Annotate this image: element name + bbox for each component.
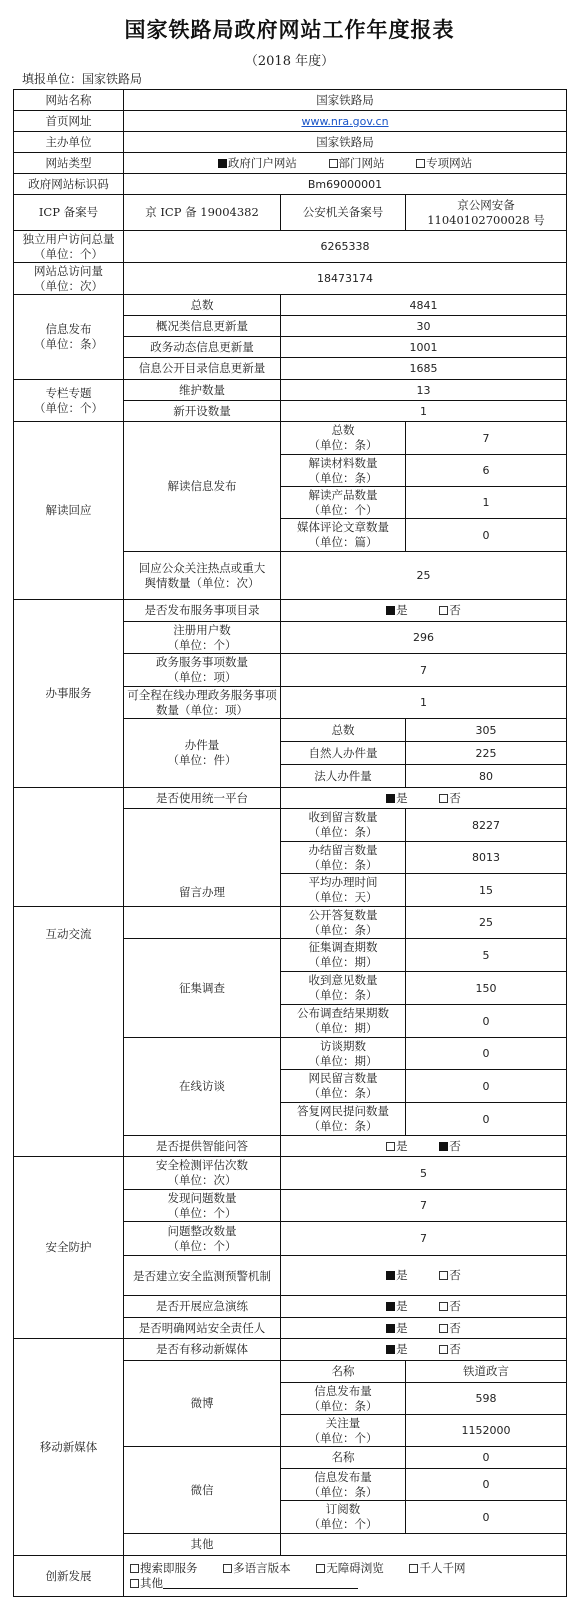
row-value: 80 <box>406 765 567 788</box>
checkbox-empty-icon <box>439 606 448 615</box>
checkbox-empty-icon <box>439 1271 448 1280</box>
total-visits-label: 网站总访问量（单位：次） <box>14 263 124 295</box>
mobile-label: 移动新媒体 <box>14 1339 124 1556</box>
row-value: 7 <box>406 422 567 455</box>
row-label: 新开设数量 <box>124 401 281 422</box>
row-label: 收到留言数量（单位：条） <box>281 809 406 842</box>
has-mobile-label: 是否有移动新媒体 <box>124 1339 281 1361</box>
table-row: 创新发展 搜索即服务 多语言版本 无障碍浏览 千人千网 其他 <box>14 1556 567 1597</box>
row-label: 法人办件量 <box>281 765 406 788</box>
checkbox-empty-icon <box>130 1579 139 1588</box>
report-title: 国家铁路局政府网站工作年度报表 <box>0 14 579 44</box>
row-label: 信息公开目录信息更新量 <box>124 358 281 380</box>
weibo-label: 微博 <box>124 1361 281 1447</box>
platform-no[interactable]: 否 <box>439 791 461 806</box>
row-label: 关注量（单位：个） <box>281 1415 406 1447</box>
row-value: 1001 <box>281 337 567 358</box>
owner-no[interactable]: 否 <box>439 1321 461 1336</box>
total-visits-value: 18473174 <box>124 263 567 295</box>
row-value: 30 <box>281 316 567 337</box>
row-value: 1 <box>406 487 567 519</box>
report-year: （2018 年度） <box>0 50 579 69</box>
row-value: 7 <box>281 1222 567 1256</box>
row-label: 注册用户数（单位：个） <box>124 622 281 654</box>
row-label: 发现问题数量（单位：个） <box>124 1190 281 1222</box>
report-table: 网站名称 国家铁路局 首页网址 www.nra.gov.cn 主办单位 国家铁路… <box>13 89 567 1597</box>
row-value: 225 <box>406 742 567 765</box>
row-homepage: 首页网址 www.nra.gov.cn <box>14 111 567 132</box>
qa-no[interactable]: 否 <box>439 1139 461 1154</box>
checkbox-checked-icon <box>218 159 227 168</box>
other-media-value <box>281 1534 567 1556</box>
sponsor-value: 国家铁路局 <box>124 132 567 153</box>
homepage-link[interactable]: www.nra.gov.cn <box>301 115 388 128</box>
innovation-option-accessibility[interactable]: 无障碍浏览 <box>316 1561 384 1576</box>
row-label: 解读材料数量（单位：条） <box>281 455 406 487</box>
row-value: 1685 <box>281 358 567 380</box>
row-unique-visitors: 独立用户访问总量（单位：个） 6265338 <box>14 231 567 263</box>
monitor-no[interactable]: 否 <box>439 1268 461 1283</box>
innovation-option-personalized[interactable]: 千人千网 <box>409 1561 465 1576</box>
mobile-yes[interactable]: 是 <box>386 1342 408 1357</box>
wechat-label: 微信 <box>124 1447 281 1534</box>
row-label: 网民留言数量（单位：条） <box>281 1070 406 1103</box>
innovation-option-search[interactable]: 搜索即服务 <box>130 1561 198 1576</box>
type-option-portal[interactable]: 政府门户网站 <box>218 156 297 171</box>
table-row: 解读回应 解读信息发布 总数（单位：条） 7 <box>14 422 567 455</box>
checkbox-empty-icon <box>439 1302 448 1311</box>
site-name-label: 网站名称 <box>14 90 124 111</box>
checkbox-empty-icon <box>409 1564 418 1573</box>
message-label: 留言办理 <box>124 809 281 907</box>
row-label: 公开答复数量（单位：条） <box>281 907 406 939</box>
checkbox-empty-icon <box>316 1564 325 1573</box>
checkbox-checked-icon <box>386 606 395 615</box>
catalog-no[interactable]: 否 <box>439 603 461 618</box>
service-label: 办事服务 <box>14 600 124 788</box>
row-value: 1 <box>281 401 567 422</box>
other-media-label: 其他 <box>124 1534 281 1556</box>
checkbox-empty-icon <box>439 1324 448 1333</box>
interview-label: 在线访谈 <box>124 1038 281 1136</box>
info-publish-label: 信息发布（单位：条） <box>14 295 124 380</box>
checkbox-empty-icon <box>439 1345 448 1354</box>
row-value: 8013 <box>406 842 567 874</box>
catalog-yes[interactable]: 是 <box>386 603 408 618</box>
row-label: 答复网民提问数量（单位：条） <box>281 1103 406 1136</box>
table-row: 办事服务 是否发布服务事项目录 是 否 <box>14 600 567 622</box>
row-label: 公布调查结果期数（单位：期） <box>281 1005 406 1038</box>
drill-no[interactable]: 否 <box>439 1299 461 1314</box>
cases-label: 办件量（单位：件） <box>124 719 281 788</box>
monitor-yes[interactable]: 是 <box>386 1268 408 1283</box>
row-label: 问题整改数量（单位：个） <box>124 1222 281 1256</box>
columns-label: 专栏专题（单位：个） <box>14 380 124 422</box>
row-label: 平均办理时间（单位：天） <box>281 874 406 907</box>
interaction-top-blank <box>14 788 124 907</box>
row-label: 信息发布量（单位：条） <box>281 1469 406 1501</box>
homepage-label: 首页网址 <box>14 111 124 132</box>
row-value: 15 <box>406 874 567 907</box>
interpret-label: 解读回应 <box>14 422 124 600</box>
row-label: 总数（单位：条） <box>281 422 406 455</box>
row-sponsor: 主办单位 国家铁路局 <box>14 132 567 153</box>
row-value: 7 <box>281 1190 567 1222</box>
row-label: 收到意见数量（单位：条） <box>281 972 406 1005</box>
table-row: 互动交流 公开答复数量（单位：条） 25 <box>14 907 567 939</box>
row-label: 概况类信息更新量 <box>124 316 281 337</box>
filling-unit: 填报单位：国家铁路局 <box>22 70 142 87</box>
row-value: 0 <box>406 1038 567 1070</box>
owner-yes[interactable]: 是 <box>386 1321 408 1336</box>
row-value: 5 <box>281 1157 567 1190</box>
checkbox-empty-icon <box>223 1564 232 1573</box>
innovation-options: 搜索即服务 多语言版本 无障碍浏览 千人千网 其他 <box>124 1556 567 1597</box>
checkbox-checked-icon <box>386 1324 395 1333</box>
survey-label: 征集调查 <box>124 939 281 1038</box>
row-label: 政务服务事项数量（单位：项） <box>124 654 281 687</box>
row-value: 598 <box>406 1383 567 1415</box>
row-value: 0 <box>406 1005 567 1038</box>
innovation-label: 创新发展 <box>14 1556 124 1597</box>
qa-yes[interactable]: 是 <box>386 1139 408 1154</box>
police-record-value: 京公网安备11040102700028 号 <box>406 195 567 231</box>
row-site-name: 网站名称 国家铁路局 <box>14 90 567 111</box>
row-value: 7 <box>281 654 567 687</box>
icp-label: ICP 备案号 <box>14 195 124 231</box>
row-label: 媒体评论文章数量（单位：篇） <box>281 519 406 552</box>
checkbox-checked-icon <box>386 794 395 803</box>
row-value: 8227 <box>406 809 567 842</box>
row-label: 总数 <box>281 719 406 742</box>
row-value: 1 <box>281 687 567 719</box>
security-label: 安全防护 <box>14 1157 124 1339</box>
checkbox-checked-icon <box>386 1271 395 1280</box>
response-value: 25 <box>281 552 567 600</box>
owner-label: 是否明确网站安全责任人 <box>124 1318 281 1339</box>
row-label: 访谈期数（单位：期） <box>281 1038 406 1070</box>
catalog-label: 是否发布服务事项目录 <box>124 600 281 622</box>
table-row: 专栏专题（单位：个） 维护数量 13 <box>14 380 567 401</box>
id-code-value: Bm69000001 <box>124 174 567 195</box>
drill-label: 是否开展应急演练 <box>124 1296 281 1318</box>
checkbox-empty-icon <box>329 159 338 168</box>
checkbox-empty-icon <box>439 794 448 803</box>
row-label: 办结留言数量（单位：条） <box>281 842 406 874</box>
site-name-value: 国家铁路局 <box>124 90 567 111</box>
row-value: 0 <box>406 1501 567 1534</box>
row-label: 名称 <box>281 1361 406 1383</box>
row-label: 自然人办件量 <box>281 742 406 765</box>
row-value: 0 <box>406 1469 567 1501</box>
interpret-publish-label: 解读信息发布 <box>124 422 281 552</box>
row-total-visits: 网站总访问量（单位：次） 18473174 <box>14 263 567 295</box>
message-continue-blank <box>124 907 281 939</box>
id-code-label: 政府网站标识码 <box>14 174 124 195</box>
checkbox-empty-icon <box>130 1564 139 1573</box>
row-label: 征集调查期数（单位：期） <box>281 939 406 972</box>
platform-yes[interactable]: 是 <box>386 791 408 806</box>
row-label: 可全程在线办理政务服务事项数量（单位：项） <box>124 687 281 719</box>
row-label: 解读产品数量（单位：个） <box>281 487 406 519</box>
type-option-special[interactable]: 专项网站 <box>416 156 472 171</box>
unique-visitors-value: 6265338 <box>124 231 567 263</box>
row-value: 4841 <box>281 295 567 316</box>
table-row: 移动新媒体 是否有移动新媒体 是 否 <box>14 1339 567 1361</box>
row-value: 0 <box>406 1070 567 1103</box>
other-underline-field[interactable] <box>163 1576 358 1589</box>
response-label: 回应公众关注热点或重大舆情数量（单位：次） <box>124 552 281 600</box>
row-icp: ICP 备案号 京 ICP 备 19004382 公安机关备案号 京公网安备11… <box>14 195 567 231</box>
monitor-label: 是否建立安全监测预警机制 <box>124 1256 281 1296</box>
row-id-code: 政府网站标识码 Bm69000001 <box>14 174 567 195</box>
sponsor-label: 主办单位 <box>14 132 124 153</box>
table-row: 安全防护 安全检测评估次数（单位：次） 5 <box>14 1157 567 1190</box>
row-label: 安全检测评估次数（单位：次） <box>124 1157 281 1190</box>
row-value: 296 <box>281 622 567 654</box>
row-value: 305 <box>406 719 567 742</box>
police-record-label: 公安机关备案号 <box>281 195 406 231</box>
unique-visitors-label: 独立用户访问总量（单位：个） <box>14 231 124 263</box>
checkbox-checked-icon <box>386 1302 395 1311</box>
row-label: 政务动态信息更新量 <box>124 337 281 358</box>
checkbox-checked-icon <box>386 1345 395 1354</box>
row-value: 铁道政言 <box>406 1361 567 1383</box>
row-value: 6 <box>406 455 567 487</box>
row-label: 信息发布量（单位：条） <box>281 1383 406 1415</box>
mobile-no[interactable]: 否 <box>439 1342 461 1357</box>
type-option-department[interactable]: 部门网站 <box>329 156 385 171</box>
row-value: 25 <box>406 907 567 939</box>
checkbox-empty-icon <box>386 1142 395 1151</box>
row-value: 5 <box>406 939 567 972</box>
row-label: 订阅数（单位：个） <box>281 1501 406 1534</box>
innovation-option-multilang[interactable]: 多语言版本 <box>223 1561 291 1576</box>
row-label: 名称 <box>281 1447 406 1469</box>
icp-value: 京 ICP 备 19004382 <box>124 195 281 231</box>
row-label: 维护数量 <box>124 380 281 401</box>
table-row: 信息发布（单位：条） 总数 4841 <box>14 295 567 316</box>
row-value: 0 <box>406 519 567 552</box>
row-value: 13 <box>281 380 567 401</box>
innovation-option-other[interactable]: 其他 <box>130 1576 358 1591</box>
row-value: 1152000 <box>406 1415 567 1447</box>
table-row: 是否使用统一平台 是 否 <box>14 788 567 809</box>
row-site-type: 网站类型 政府门户网站 部门网站 专项网站 <box>14 153 567 174</box>
site-type-label: 网站类型 <box>14 153 124 174</box>
drill-yes[interactable]: 是 <box>386 1299 408 1314</box>
row-value: 0 <box>406 1447 567 1469</box>
row-value: 150 <box>406 972 567 1005</box>
interaction-label: 互动交流 <box>14 907 124 1157</box>
qa-label: 是否提供智能问答 <box>124 1136 281 1157</box>
checkbox-checked-icon <box>439 1142 448 1151</box>
checkbox-empty-icon <box>416 159 425 168</box>
platform-label: 是否使用统一平台 <box>124 788 281 809</box>
row-label: 总数 <box>124 295 281 316</box>
row-value: 0 <box>406 1103 567 1136</box>
